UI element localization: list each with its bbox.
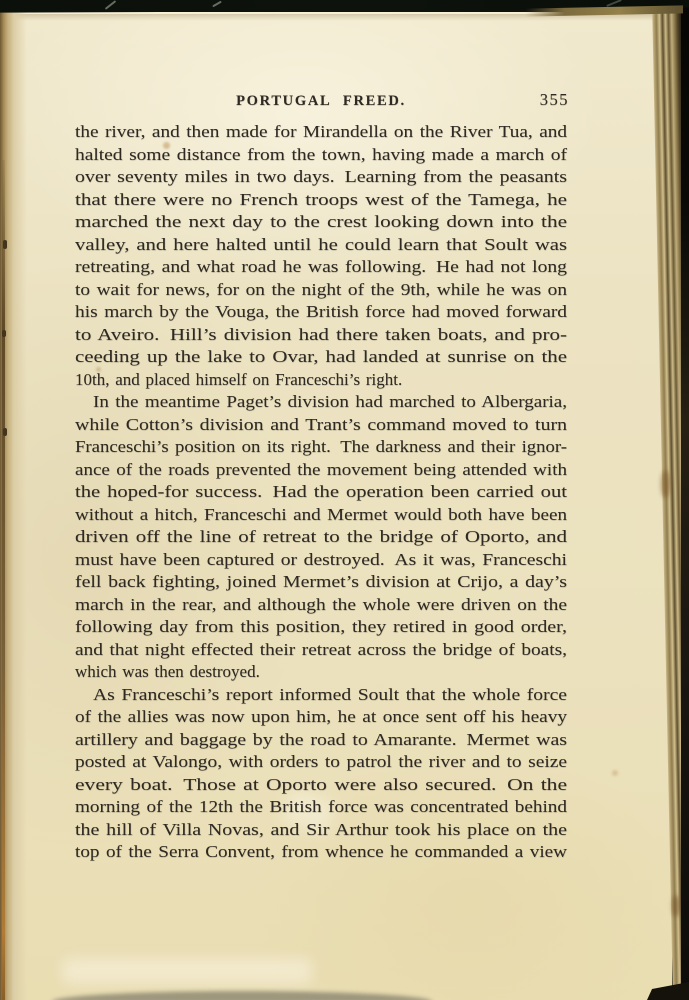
text-line-content: over seventy miles in two days. Learning…: [75, 166, 567, 189]
text-line: posted at Valongo, with orders to patrol…: [75, 751, 567, 774]
text-line-content: valley, and here halted until he could l…: [75, 234, 567, 257]
fore-edge-stain: [661, 470, 670, 498]
text-line: march in the rear, and although the whol…: [75, 594, 567, 617]
gutter-binding-line: [2, 160, 5, 1000]
text-line: morning of the 12th the British force wa…: [75, 796, 567, 819]
scan-light-artifact: [62, 958, 312, 984]
text-line: fell back fighting, joined Mermet’s divi…: [75, 571, 567, 594]
text-line: As Franceschi’s report informed Soult th…: [75, 684, 567, 707]
running-head: PORTUGAL FREED. 355: [75, 92, 567, 112]
text-line: over seventy miles in two days. Learning…: [75, 166, 567, 189]
text-line: driven off the line of retreat to the br…: [75, 526, 567, 549]
text-line-content: Franceschi’s position on its right. The …: [75, 436, 567, 459]
text-line-content: to wait for news, for on the night of th…: [75, 279, 567, 302]
text-line: which was then destroyed.: [75, 661, 567, 684]
text-line-content: while Cotton’s division and Trant’s comm…: [75, 414, 567, 437]
gutter-mark: [3, 240, 7, 249]
text-line: of the allies was now upon him, he at on…: [75, 706, 567, 729]
text-line-content: and that night effected their retreat ac…: [75, 639, 567, 662]
text-line-content: to Aveiro. Hill’s division had there tak…: [75, 324, 567, 347]
text-line: must have been captured or destroyed. As…: [75, 549, 567, 572]
text-line-content: morning of the 12th the British force wa…: [75, 796, 567, 819]
book-scan: PORTUGAL FREED. 355 the river, and then …: [0, 0, 689, 1000]
text-line-content: ance of the roads prevented the movement…: [75, 459, 567, 482]
cover-right-edge: [681, 0, 689, 1000]
text-line: artillery and baggage by the road to Ama…: [75, 729, 567, 752]
text-line: 10th, and placed himself on Franceschi’s…: [75, 369, 567, 392]
text-line-content: driven off the line of retreat to the br…: [75, 526, 567, 549]
text-line-content: fell back fighting, joined Mermet’s divi…: [75, 571, 567, 594]
text-line: his march by the Vouga, the British forc…: [75, 301, 567, 324]
text-line-content: In the meantime Paget’s division had mar…: [93, 391, 567, 414]
text-line: ceeding up the lake to Ovar, had landed …: [75, 346, 567, 369]
text-line: In the meantime Paget’s division had mar…: [75, 391, 567, 414]
text-line: the hoped-for success. Had the operation…: [75, 481, 567, 504]
text-line: following day from this position, they r…: [75, 616, 567, 639]
text-line: every boat. Those at Oporto were also se…: [75, 774, 567, 797]
text-line-content: As Franceschi’s report informed Soult th…: [93, 684, 567, 707]
text-line-content: the hill of Villa Novas, and Sir Arthur …: [75, 819, 567, 842]
text-line: marched the next day to the crest lookin…: [75, 211, 567, 234]
text-line: while Cotton’s division and Trant’s comm…: [75, 414, 567, 437]
text-line-content: which was then destroyed.: [75, 661, 260, 684]
text-line: halted some distance from the town, havi…: [75, 144, 567, 167]
text-line-content: 10th, and placed himself on Franceschi’s…: [75, 369, 402, 392]
text-line-content: the river, and then made for Mirandella …: [75, 121, 567, 144]
page-content: PORTUGAL FREED. 355 the river, and then …: [75, 92, 567, 864]
text-line: top of the Serra Convent, from whence he…: [75, 841, 567, 864]
fore-edge-stain: [672, 895, 680, 917]
text-line: and that night effected their retreat ac…: [75, 639, 567, 662]
text-line: ance of the roads prevented the movement…: [75, 459, 567, 482]
text-line: valley, and here halted until he could l…: [75, 234, 567, 257]
body-text: the river, and then made for Mirandella …: [75, 121, 567, 864]
page-number: 355: [540, 90, 569, 110]
page-header-title: PORTUGAL FREED.: [236, 93, 406, 110]
text-line-content: retreating, and what road he was followi…: [75, 256, 567, 279]
text-line-content: top of the Serra Convent, from whence he…: [75, 841, 567, 864]
text-line-content: march in the rear, and although the whol…: [75, 594, 567, 617]
text-line-content: without a hitch, Franceschi and Mermet w…: [75, 504, 567, 527]
paper-fox-spot: [612, 770, 618, 776]
text-line-content: must have been captured or destroyed. As…: [75, 549, 567, 572]
text-line-content: ceeding up the lake to Ovar, had landed …: [75, 346, 567, 369]
text-line-content: his march by the Vouga, the British forc…: [75, 301, 567, 324]
text-line: that there were no French troops west of…: [75, 189, 567, 212]
gutter-mark: [3, 428, 7, 436]
text-line: Franceschi’s position on its right. The …: [75, 436, 567, 459]
text-line: retreating, and what road he was followi…: [75, 256, 567, 279]
gutter-mark: [2, 330, 6, 337]
text-line-content: of the allies was now upon him, he at on…: [75, 706, 567, 729]
text-line-content: the hoped-for success. Had the operation…: [75, 481, 567, 504]
text-line-content: marched the next day to the crest lookin…: [75, 211, 567, 234]
text-line: to Aveiro. Hill’s division had there tak…: [75, 324, 567, 347]
text-line-content: artillery and baggage by the road to Ama…: [75, 729, 567, 752]
text-line: the hill of Villa Novas, and Sir Arthur …: [75, 819, 567, 842]
text-line-content: halted some distance from the town, havi…: [75, 144, 567, 167]
text-line-content: every boat. Those at Oporto were also se…: [75, 774, 567, 797]
text-line-content: posted at Valongo, with orders to patrol…: [75, 751, 567, 774]
text-line-content: following day from this position, they r…: [75, 616, 567, 639]
text-line: the river, and then made for Mirandella …: [75, 121, 567, 144]
text-line: without a hitch, Franceschi and Mermet w…: [75, 504, 567, 527]
text-line: to wait for news, for on the night of th…: [75, 279, 567, 302]
text-line-content: that there were no French troops west of…: [75, 189, 567, 212]
